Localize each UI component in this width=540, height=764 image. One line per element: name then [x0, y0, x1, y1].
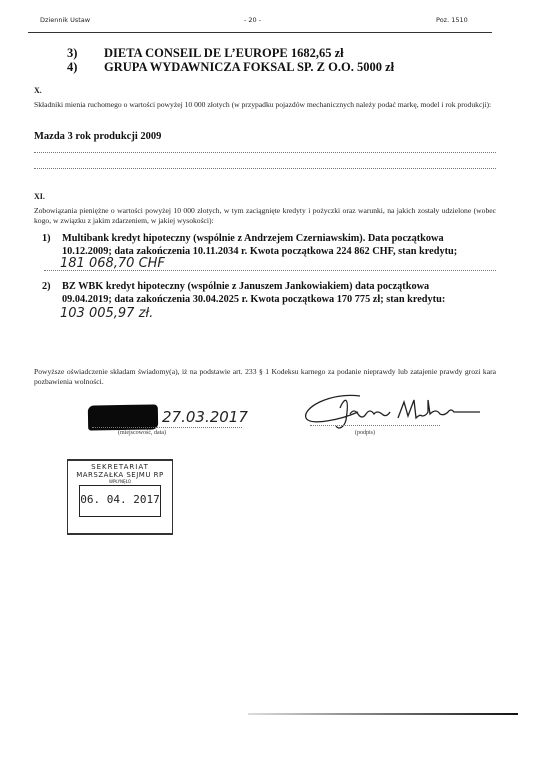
income-item-4-number: 4) — [67, 60, 77, 75]
header-position: Poz. 1510 — [436, 16, 468, 24]
income-item-3-number: 3) — [67, 46, 77, 61]
liability-2-number: 2) — [42, 280, 51, 293]
place-date-label: (miejscowość, data) — [118, 430, 166, 436]
section-x-heading: X. — [34, 86, 42, 95]
header-page-number: - 20 - — [244, 16, 261, 24]
liability-1-number: 1) — [42, 232, 51, 245]
stamp-date: 06. 04. 2017 — [80, 493, 160, 506]
stamp-line1: SEKRETARIAT — [68, 463, 172, 471]
liability-1-handwritten-balance: 181 068,70 CHF — [60, 256, 165, 271]
signature-scribble-icon — [300, 390, 480, 430]
liability-2-handwritten-balance: 103 005,97 zł. — [60, 306, 153, 321]
receipt-stamp: SEKRETARIAT MARSZAŁKA SEJMU RP WPŁYNĘŁO … — [67, 459, 173, 535]
header-divider — [28, 32, 492, 33]
stamp-line3: WPŁYNĘŁO — [68, 479, 172, 484]
signature-label: (podpis) — [355, 430, 375, 436]
dotted-line — [34, 152, 496, 153]
header-publication: Dziennik Ustaw — [40, 16, 90, 24]
section-x-answer: Mazda 3 rok produkcji 2009 — [34, 131, 161, 142]
section-x-description: Składniki mienia ruchomego o wartości po… — [34, 100, 496, 110]
declaration-text: Powyższe oświadczenie składam świadomy(a… — [34, 367, 496, 387]
liability-2-line1: BZ WBK kredyt hipoteczny (wspólnie z Jan… — [62, 280, 429, 293]
stamp-line2: MARSZAŁKA SEJMU RP — [68, 471, 172, 479]
dotted-line — [44, 270, 496, 271]
income-item-3-text: DIETA CONSEIL DE L’EUROPE 1682,65 zł — [104, 46, 344, 61]
liability-2-line2: 09.04.2019; data zakończenia 30.04.2025 … — [62, 293, 445, 306]
signature — [300, 390, 480, 430]
income-item-4-text: GRUPA WYDAWNICZA FOKSAL SP. Z O.O. 5000 … — [104, 60, 394, 75]
footer-divider — [248, 713, 518, 715]
dotted-line — [34, 168, 496, 169]
place-date-line — [92, 427, 242, 428]
signature-line — [310, 425, 440, 426]
stamp-date-box: 06. 04. 2017 — [79, 485, 161, 517]
section-xi-heading: XI. — [34, 192, 45, 201]
section-xi-description: Zobowiązania pieniężne o wartości powyże… — [34, 206, 496, 226]
liability-1-line1: Multibank kredyt hipoteczny (wspólnie z … — [62, 232, 444, 245]
place-date-handwritten: 27.03.2017 — [162, 408, 248, 426]
